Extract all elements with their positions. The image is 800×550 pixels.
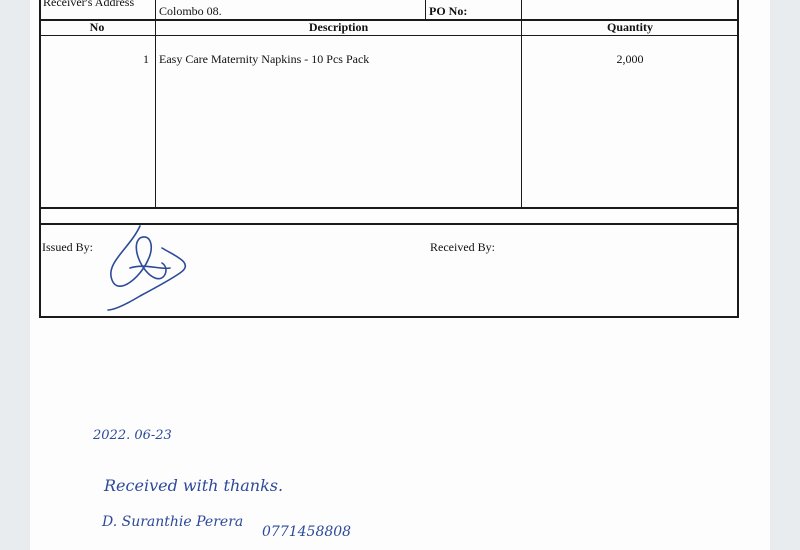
column-header-description: Description xyxy=(156,20,521,35)
handwritten-phone: 0771458808 xyxy=(262,524,351,540)
handwritten-date: 2022. 06-23 xyxy=(93,428,172,443)
handwritten-note: Received with thanks. xyxy=(104,476,283,495)
po-number-label: PO No: xyxy=(429,4,467,19)
column-header-no: No xyxy=(39,20,155,35)
handwritten-signer-name: D. Suranthie Perera xyxy=(102,514,243,530)
table-row-description: Easy Care Maternity Napkins - 10 Pcs Pac… xyxy=(159,52,369,67)
table-row-no: 1 xyxy=(39,52,149,67)
table-row-quantity: 2,000 xyxy=(522,52,738,67)
column-header-quantity: Quantity xyxy=(522,20,738,35)
received-by-label: Received By: xyxy=(430,240,495,255)
receiver-address-label: Receiver's Address xyxy=(43,0,134,10)
issued-by-label: Issued By: xyxy=(42,240,93,255)
receiver-address-value: Colombo 08. xyxy=(159,4,222,19)
